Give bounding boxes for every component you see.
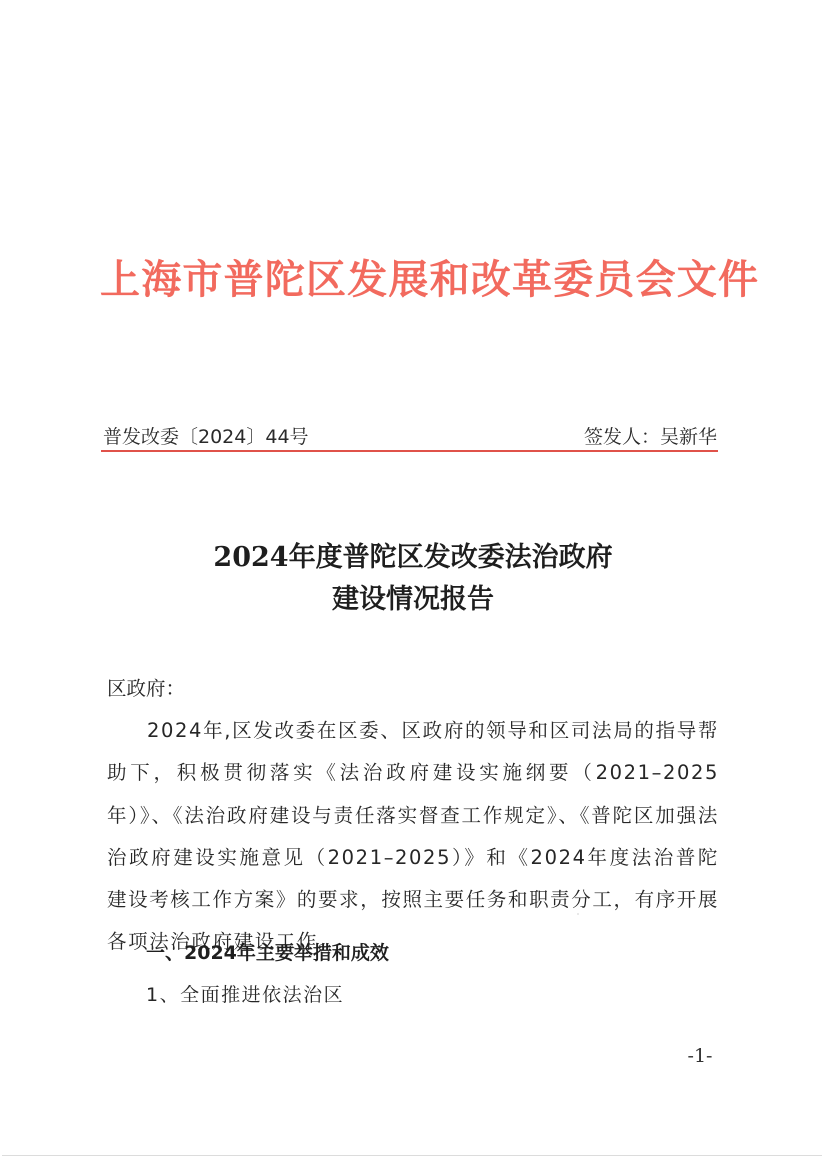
title-line-2: 建设情况报告: [100, 579, 726, 621]
document-number: 普发改委〔2024〕44号: [103, 424, 309, 450]
document-body: 区政府： 2024年,区发改委在区委、区政府的领导和区司法局的指导帮助下，积极贯…: [107, 668, 719, 963]
signer: 签发人：吴新华: [584, 424, 717, 450]
document-meta-row: 普发改委〔2024〕44号 签发人：吴新华: [103, 424, 717, 450]
document-page: 上海市普陀区发展和改革委员会文件 普发改委〔2024〕44号 签发人：吴新华 2…: [0, 0, 826, 1169]
issuer-header: 上海市普陀区发展和改革委员会文件: [100, 252, 726, 308]
body-paragraph: 2024年,区发改委在区委、区政府的领导和区司法局的指导帮助下，积极贯彻落实《法…: [107, 710, 719, 963]
section-heading: 一、2024年主要举措和成效: [146, 938, 389, 968]
scan-edge-line: [2, 1155, 822, 1156]
scan-speck: [577, 913, 579, 915]
red-separator-line: [101, 450, 718, 452]
title-line-1: 2024年度普陀区发改委法治政府: [100, 537, 726, 579]
subsection-heading: 1、全面推进依法治区: [146, 980, 344, 1010]
page-number: -1-: [670, 1044, 730, 1068]
salutation: 区政府：: [107, 668, 719, 710]
document-title: 2024年度普陀区发改委法治政府 建设情况报告: [100, 537, 726, 621]
